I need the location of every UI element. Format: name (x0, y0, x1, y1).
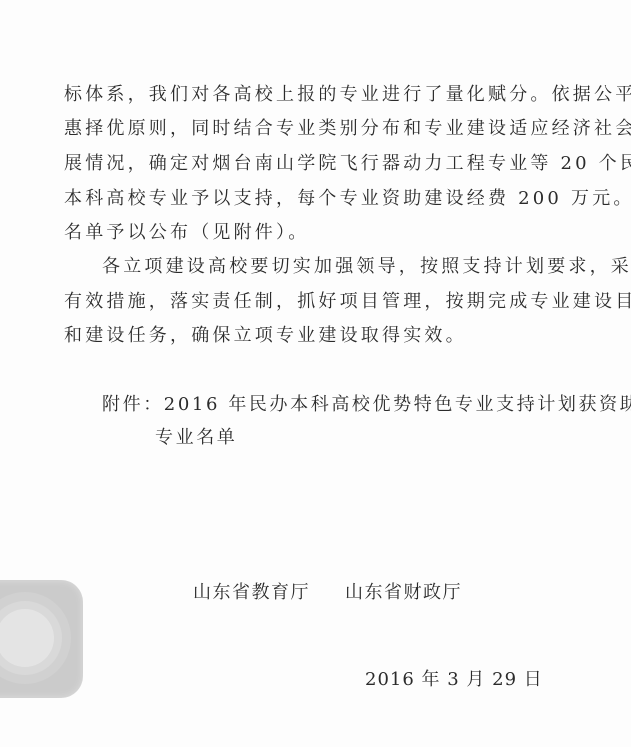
attachment-line-1: 附件：2016 年民办本科高校优势特色专业支持计划获资助 (102, 394, 631, 416)
paragraph-1-line-2: 惠择优原则，同时结合专业类别分布和专业建设适应经济社会发 (64, 118, 631, 140)
paragraph-1-line-4: 本科高校专业予以支持，每个专业资助建设经费 200 万元。现将 (64, 188, 631, 210)
signatory-education-department: 山东省教育厅 (193, 582, 310, 604)
paragraph-1-line-3: 展情况，确定对烟台南山学院飞行器动力工程专业等 20 个民办 (64, 153, 631, 175)
signatory-finance-department: 山东省财政厅 (345, 582, 462, 604)
paragraph-1-line-5: 名单予以公布（见附件）。 (64, 222, 309, 244)
document-page: 标体系，我们对各高校上报的专业进行了量化赋分。依据公平普 惠择优原则，同时结合专… (0, 0, 631, 747)
paragraph-2-line-2: 有效措施，落实责任制，抓好项目管理，按期完成专业建设目标 (64, 291, 631, 313)
paragraph-2-line-1: 各立项建设高校要切实加强领导，按照支持计划要求，采取 (102, 256, 631, 278)
document-date: 2016 年 3 月 29 日 (365, 669, 543, 691)
attachment-line-2: 专业名单 (155, 427, 237, 449)
paragraph-1-line-1: 标体系，我们对各高校上报的专业进行了量化赋分。依据公平普 (64, 84, 631, 106)
assistive-touch-button[interactable] (0, 580, 83, 698)
paragraph-2-line-3: 和建设任务，确保立项专业建设取得实效。 (64, 325, 467, 347)
